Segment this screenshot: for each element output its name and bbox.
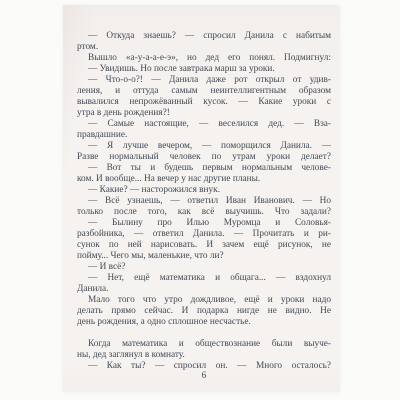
text-line: правдашние. <box>77 130 331 141</box>
photo-background: — Откуда знаешь? — спросил Данила с наби… <box>0 0 400 400</box>
text-line: делать прямо сейчас. И подарка нигде не … <box>77 306 331 317</box>
page-number: 6 <box>77 371 331 382</box>
book-page: — Откуда знаешь? — спросил Данила с наби… <box>63 5 340 392</box>
text-line: — И всё? <box>77 262 331 273</box>
text-line: утра в день рождения?! <box>77 108 331 119</box>
text-line: Разве нормальный человек по утрам уроки … <box>77 152 331 163</box>
text-line: — Нет, ещё математика и общага... — вздо… <box>77 273 331 284</box>
text-line: — Что-о-о?! — Данила даже рот открыл от … <box>77 75 331 86</box>
text-line: Данила. <box>77 284 331 295</box>
text-line: — Былину про Илью Муромца и Соловья- <box>77 218 331 229</box>
text-line: Когда математика и обществознание были в… <box>77 339 331 350</box>
page-text-block: — Откуда знаешь? — спросил Данила с наби… <box>77 31 331 372</box>
text-line: день рождения, а одно сплошное несчастье… <box>77 317 331 328</box>
text-line: вывалился непрожёванный кусок. — Какие у… <box>77 97 331 108</box>
text-line: — Всё узнаешь, — ответил Иван Иванович. … <box>77 196 331 207</box>
text-line: — Увидишь. Но после завтрака марш за уро… <box>77 64 331 75</box>
text-line: ления, и оттуда самым неинтеллигентным о… <box>77 86 331 97</box>
text-line: — Откуда знаешь? — спросил Данила с наби… <box>77 31 331 42</box>
text-line: ком. И вообще... На вечер у нас другие п… <box>77 174 331 185</box>
text-line: Мало того что утро дождливое, ещё и урок… <box>77 295 331 306</box>
text-line: пойму... Чего мы, маленькие, что ли? <box>77 251 331 262</box>
text-line: — Какие? — насторожился внук. <box>77 185 331 196</box>
text-line: разбойника, — ответил Данила. — Прочитат… <box>77 229 331 240</box>
text-line: Вышло «а-у-а-а-е-э», но дед его понял. П… <box>77 53 331 64</box>
text-line: ртом. <box>77 42 331 53</box>
text-line: сунок по ней нарисовать. И зачем ещё рис… <box>77 240 331 251</box>
text-line: — Самые настоящие, — веселился дед. — Вз… <box>77 119 331 130</box>
text-line: только после того, как всё выучишь. Что … <box>77 207 331 218</box>
text-line: — Я лучше вечером, — поморщился Данила. … <box>77 141 331 152</box>
text-line: — Вот ты и будешь первым нормальным чело… <box>77 163 331 174</box>
text-line: ны, дед заглянул в комнату. <box>77 350 331 361</box>
